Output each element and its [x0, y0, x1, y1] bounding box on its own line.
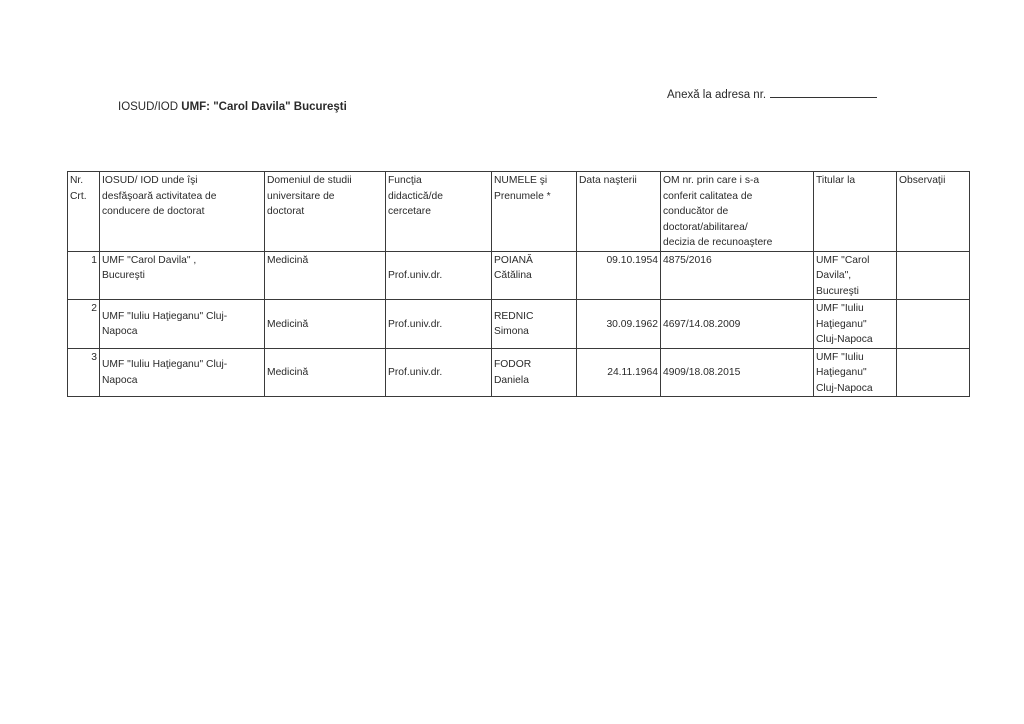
- cell-institution: UMF "Carol Davila" , Bucureşti: [100, 251, 265, 300]
- cell-birth-date: 30.09.1962: [577, 300, 661, 349]
- table-row: 3 UMF "Iuliu Haţieganu" Cluj- Napoca Med…: [68, 348, 970, 397]
- col-header-titular: Titular la: [814, 172, 897, 252]
- cell-institution: UMF "Iuliu Haţieganu" Cluj- Napoca: [100, 348, 265, 397]
- cell-name: FODOR Daniela: [492, 348, 577, 397]
- cell-observations: [897, 300, 970, 349]
- col-header-om: OM nr. prin care i s-a conferit calitate…: [661, 172, 814, 252]
- cell-domain: Medicină: [265, 300, 386, 349]
- cell-nr: 1: [68, 251, 100, 300]
- institution-name: UMF: "Carol Davila" Bucureşti: [181, 101, 347, 113]
- cell-birth-date: 09.10.1954: [577, 251, 661, 300]
- cell-observations: [897, 348, 970, 397]
- cell-om: 4697/14.08.2009: [661, 300, 814, 349]
- cell-titular: UMF "Iuliu Haţieganu" Cluj-Napoca: [814, 300, 897, 349]
- cell-nr: 2: [68, 300, 100, 349]
- table-header-row: Nr. Crt. IOSUD/ IOD unde îşi desfăşoară …: [68, 172, 970, 252]
- cell-function: Prof.univ.dr.: [386, 251, 492, 300]
- annex-number-blank: [770, 87, 877, 98]
- cell-birth-date: 24.11.1964: [577, 348, 661, 397]
- cell-function: Prof.univ.dr.: [386, 348, 492, 397]
- col-header-birth-date: Data naşterii: [577, 172, 661, 252]
- annex-reference: Anexă la adresa nr.: [667, 87, 877, 101]
- cell-titular: UMF "Carol Davila", Bucureşti: [814, 251, 897, 300]
- cell-titular: UMF "Iuliu Haţieganu" Cluj-Napoca: [814, 348, 897, 397]
- cell-nr: 3: [68, 348, 100, 397]
- cell-name: POIANĂ Cătălina: [492, 251, 577, 300]
- cell-name: REDNIC Simona: [492, 300, 577, 349]
- cell-observations: [897, 251, 970, 300]
- cell-domain: Medicină: [265, 251, 386, 300]
- cell-om: 4909/18.08.2015: [661, 348, 814, 397]
- table-row: 2 UMF "Iuliu Haţieganu" Cluj- Napoca Med…: [68, 300, 970, 349]
- annex-label: Anexă la adresa nr.: [667, 89, 766, 101]
- col-header-name: NUMELE şi Prenumele *: [492, 172, 577, 252]
- col-header-observations: Observaţii: [897, 172, 970, 252]
- col-header-institution: IOSUD/ IOD unde îşi desfăşoară activitat…: [100, 172, 265, 252]
- institution-heading: IOSUD/IOD UMF: "Carol Davila" Bucureşti: [118, 101, 347, 113]
- col-header-nr: Nr. Crt.: [68, 172, 100, 252]
- cell-domain: Medicină: [265, 348, 386, 397]
- cell-om: 4875/2016: [661, 251, 814, 300]
- col-header-function: Funcţia didactică/de cercetare: [386, 172, 492, 252]
- col-header-domain: Domeniul de studii universitare de docto…: [265, 172, 386, 252]
- institution-prefix: IOSUD/IOD: [118, 101, 181, 113]
- cell-function: Prof.univ.dr.: [386, 300, 492, 349]
- table-row: 1 UMF "Carol Davila" , Bucureşti Medicin…: [68, 251, 970, 300]
- doctoral-supervisors-table: Nr. Crt. IOSUD/ IOD unde îşi desfăşoară …: [67, 171, 970, 397]
- cell-institution: UMF "Iuliu Haţieganu" Cluj- Napoca: [100, 300, 265, 349]
